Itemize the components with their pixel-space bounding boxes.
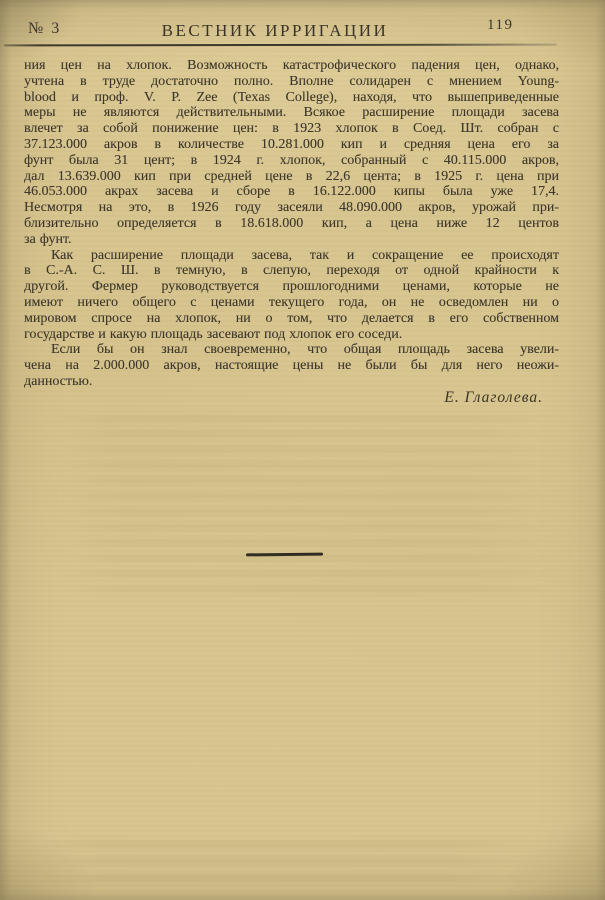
author-signature: Е. Глаголева.: [24, 389, 543, 407]
text-line: имеют ничего общего с ценами текущего го…: [24, 295, 559, 311]
text-line: 46.053.000 акрах засева и сборе в 16.122…: [24, 184, 559, 200]
text-line: Как расширение площади засева, так и сок…: [24, 248, 559, 264]
text-line: другой. Фермер руководствуется прошлогод…: [24, 279, 559, 295]
text-line: мировом спросе на хлопок, ни о том, что …: [24, 311, 559, 327]
text-line: меры не являются действительными. Всякое…: [24, 105, 559, 121]
section-divider-rule: [246, 553, 323, 557]
text-line: влечет за собой понижение цен: в 1923 хл…: [24, 121, 559, 137]
header-rule: [4, 44, 557, 47]
journal-title: ВЕСТНИК ИРРИГАЦИИ: [162, 21, 389, 41]
page-number: 119: [487, 17, 513, 34]
text-line: чена на 2.000.000 акров, настоящие цены …: [24, 358, 559, 374]
text-line: в С.-А. С. Ш. в темную, в слепую, перехо…: [24, 263, 559, 279]
show-through-texture: [40, 840, 540, 888]
text-line: дал 13.639.000 кип при средней цене в 22…: [24, 169, 559, 185]
text-line: Несмотря на это, в 1926 году засеяли 48.…: [24, 200, 559, 216]
text-line: данностью.: [24, 374, 559, 390]
document-page: № 3 ВЕСТНИК ИРРИГАЦИИ 119 ния цен на хло…: [0, 0, 605, 900]
text-line: за фунт.: [24, 232, 559, 248]
paragraph: Как расширение площади засева, так и сок…: [24, 248, 559, 343]
paragraph: Если бы он знал своевременно, что общая …: [24, 342, 559, 389]
article-text: ния цен на хлопок. Возможность катастроф…: [24, 58, 559, 390]
text-line: фунт была 31 цент; в 1924 г. хлопок, соб…: [24, 153, 559, 169]
text-line: blood и проф. V. P. Zee (Texas College),…: [24, 90, 559, 106]
show-through-texture: [60, 415, 560, 600]
text-line: 37.123.000 акров в количестве 10.281.000…: [24, 137, 559, 153]
text-line: государстве и какую площадь засевают под…: [24, 327, 559, 343]
text-line: учтена в труде достаточно полно. Вполне …: [24, 74, 559, 90]
issue-number: № 3: [28, 20, 61, 38]
text-line: ния цен на хлопок. Возможность катастроф…: [24, 58, 559, 74]
text-line: близительно определяется в 18.618.000 ки…: [24, 216, 559, 232]
text-line: Если бы он знал своевременно, что общая …: [24, 342, 559, 358]
paragraph: ния цен на хлопок. Возможность катастроф…: [24, 58, 559, 248]
